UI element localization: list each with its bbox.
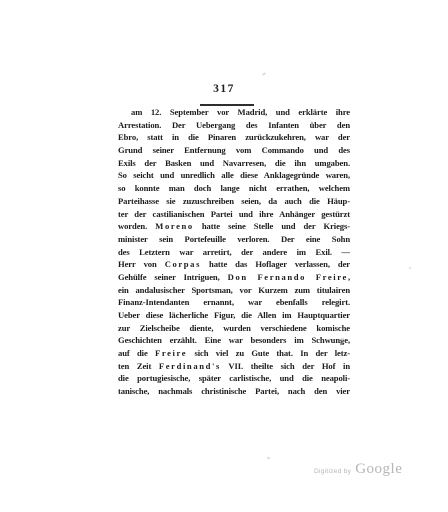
text-line: So seicht und unredlich alle diese Ankla… <box>118 169 350 182</box>
scan-speck <box>409 267 411 269</box>
text-line: auf die Freire sich viel zu Gute that. I… <box>118 347 350 360</box>
text-line: Finanz-Intendanten ernannt, war ebenfall… <box>118 296 350 309</box>
text-line: ein andalusischer Sportsman, vor Kurzem … <box>118 284 350 297</box>
text-line: des Letztern war arretirt, der andere im… <box>118 246 350 259</box>
scan-speck <box>267 457 270 459</box>
text-line: Ueber diese lächerliche Figur, die Allen… <box>118 309 350 322</box>
text-line: Arrestation. Der Uebergang des Infanten … <box>118 119 350 132</box>
text-line: tanische, nachmals christinische Partei,… <box>118 385 350 398</box>
text-line: Gehülfe seiner Intriguen, Don Fernando F… <box>118 271 350 284</box>
scan-speck <box>341 338 344 340</box>
page-number: 317 <box>0 83 448 95</box>
book-page: 317 am 12. September vor Madrid, und erk… <box>0 0 448 512</box>
text-line: zur Zielscheibe diente, wurden verschied… <box>118 322 350 335</box>
watermark-prefix: Digitized by <box>314 468 351 475</box>
text-line: Geschichten erzählt. Eine war besonders … <box>118 334 350 347</box>
text-line: ter der castilianischen Partei und ihre … <box>118 208 350 221</box>
text-line: so konnte man doch lange nicht errathen,… <box>118 182 350 195</box>
text-line: ten Zeit Ferdinand's VII. theilte sich d… <box>118 360 350 373</box>
text-line: Grund seiner Entfernung vom Commando und… <box>118 144 350 157</box>
text-line: Herr von Corpas hatte das Hoflager verla… <box>118 258 350 271</box>
digitized-by-google-watermark: Digitized by Google <box>314 461 402 478</box>
text-line: Parteihasse sie zuzuschreiben seien, da … <box>118 195 350 208</box>
text-line: worden. Moreno hatte seine Stelle und de… <box>118 220 350 233</box>
text-block: am 12. September vor Madrid, und erklärt… <box>118 106 350 398</box>
scan-speck <box>262 72 266 76</box>
text-line: am 12. September vor Madrid, und erklärt… <box>118 106 350 119</box>
text-line: Exils der Basken und Navarresen, die ihn… <box>118 157 350 170</box>
text-line: minister sein Portefeuille verloren. Der… <box>118 233 350 246</box>
google-logo: Google <box>355 461 402 478</box>
text-line: die portugiesische, später carlistische,… <box>118 372 350 385</box>
text-line: Ebro, statt in die Pinaren zurückzukehre… <box>118 131 350 144</box>
